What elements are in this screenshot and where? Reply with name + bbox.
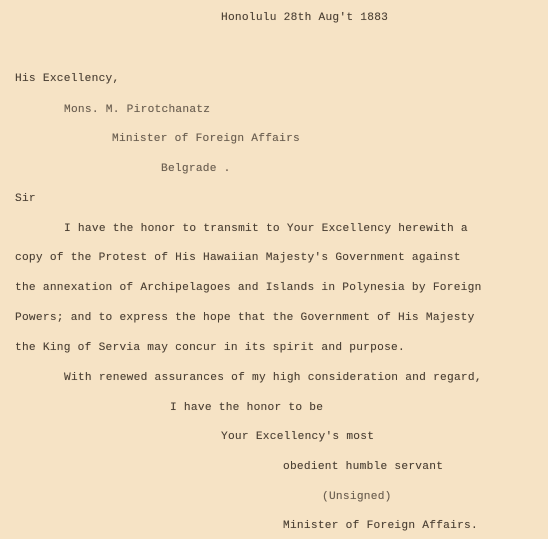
dateline: Honolulu 28th Aug't 1883 <box>221 11 388 25</box>
signature-title: Minister of Foreign Affairs. <box>283 519 478 533</box>
addressee-name: Mons. M. Pirotchanatz <box>64 103 210 117</box>
unsigned-note: (Unsigned) <box>322 490 392 504</box>
body-line: I have the honor to transmit to Your Exc… <box>64 222 468 236</box>
addressee-city: Belgrade . <box>161 162 231 176</box>
body-line: Powers; and to express the hope that the… <box>15 311 475 325</box>
addressee-position: Minister of Foreign Affairs <box>112 132 300 146</box>
body-line: the King of Servia may concur in its spi… <box>15 341 405 355</box>
letter-page: Honolulu 28th Aug't 1883 His Excellency,… <box>0 0 548 539</box>
closing-line: Your Excellency's most <box>221 430 374 444</box>
greeting: Sir <box>15 192 36 206</box>
addressee-title: His Excellency, <box>15 72 119 86</box>
closing-line: obedient humble servant <box>283 460 443 474</box>
body-line: copy of the Protest of His Hawaiian Maje… <box>15 251 461 265</box>
closing-line: I have the honor to be <box>170 401 323 415</box>
body-line: With renewed assurances of my high consi… <box>64 371 482 385</box>
body-line: the annexation of Archipelagoes and Isla… <box>15 281 482 295</box>
